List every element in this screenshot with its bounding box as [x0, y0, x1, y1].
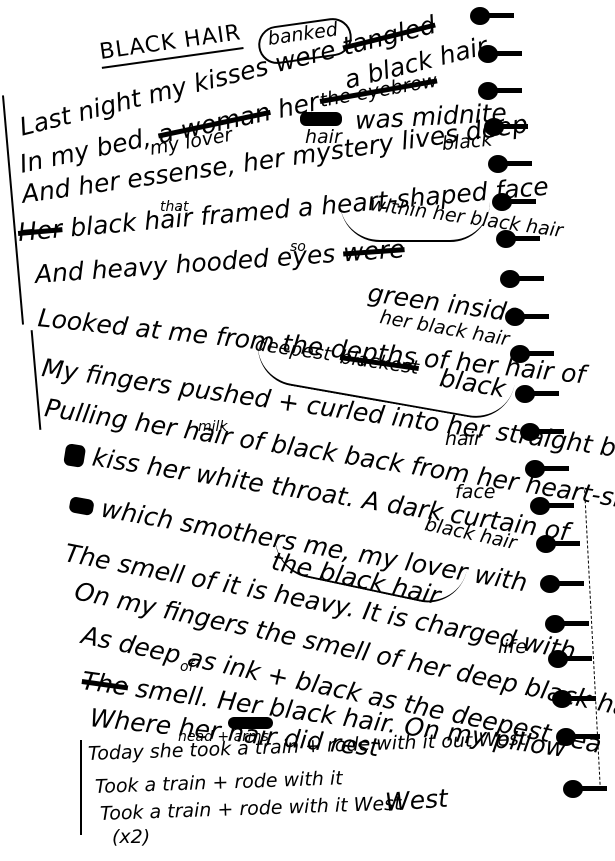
spiral-ring — [540, 575, 584, 593]
lyric-tail-12: life — [498, 638, 527, 657]
struck-word: were — [342, 234, 405, 267]
spiral-ring — [505, 308, 549, 326]
insert-above: of — [180, 660, 194, 674]
spiral-ring — [496, 230, 540, 248]
spiral-ring — [530, 497, 574, 515]
lyric-line-5: And heavy hooded eyes were — [34, 236, 405, 287]
spiral-ring — [484, 118, 528, 136]
ink-blot — [63, 443, 86, 468]
spiral-ring — [478, 45, 522, 63]
spiral-ring — [520, 423, 564, 441]
spiral-ring — [545, 615, 589, 633]
insert-above: so — [290, 240, 306, 254]
lyric-tail-8b: face — [455, 483, 495, 502]
spiral-ring — [510, 345, 554, 363]
ink-blot — [228, 717, 273, 729]
spiral-ring — [492, 193, 536, 211]
spiral-ring — [488, 155, 532, 173]
spiral-ring — [548, 650, 592, 668]
insert-above: that — [160, 200, 188, 214]
struck-word: Her — [17, 214, 64, 247]
notebook-page: BLACK HAIR banked Last night my kisses w… — [0, 0, 615, 861]
lyric-text: Took a train + rode with it — [95, 767, 343, 798]
spiral-ring — [470, 7, 514, 25]
ink-blot — [300, 112, 342, 126]
spiral-ring — [515, 385, 559, 403]
repeat-marker: (x2) — [112, 828, 150, 847]
lyric-line-18: Took a train + rode with it — [95, 769, 343, 797]
lyric-tail-8: hair — [445, 430, 482, 449]
insert-above: milk — [198, 420, 228, 434]
spiral-ring — [525, 460, 569, 478]
spiral-ring — [478, 82, 522, 100]
spiral-ring — [552, 690, 596, 708]
verse-bracket — [80, 740, 82, 835]
spiral-ring — [536, 535, 580, 553]
spiral-ring — [556, 728, 600, 746]
spiral-ring — [500, 270, 544, 288]
struck-word: The — [80, 666, 130, 701]
ink-blot — [68, 496, 94, 516]
lyric-line-19: Took a train + rode with it West — [100, 794, 402, 824]
